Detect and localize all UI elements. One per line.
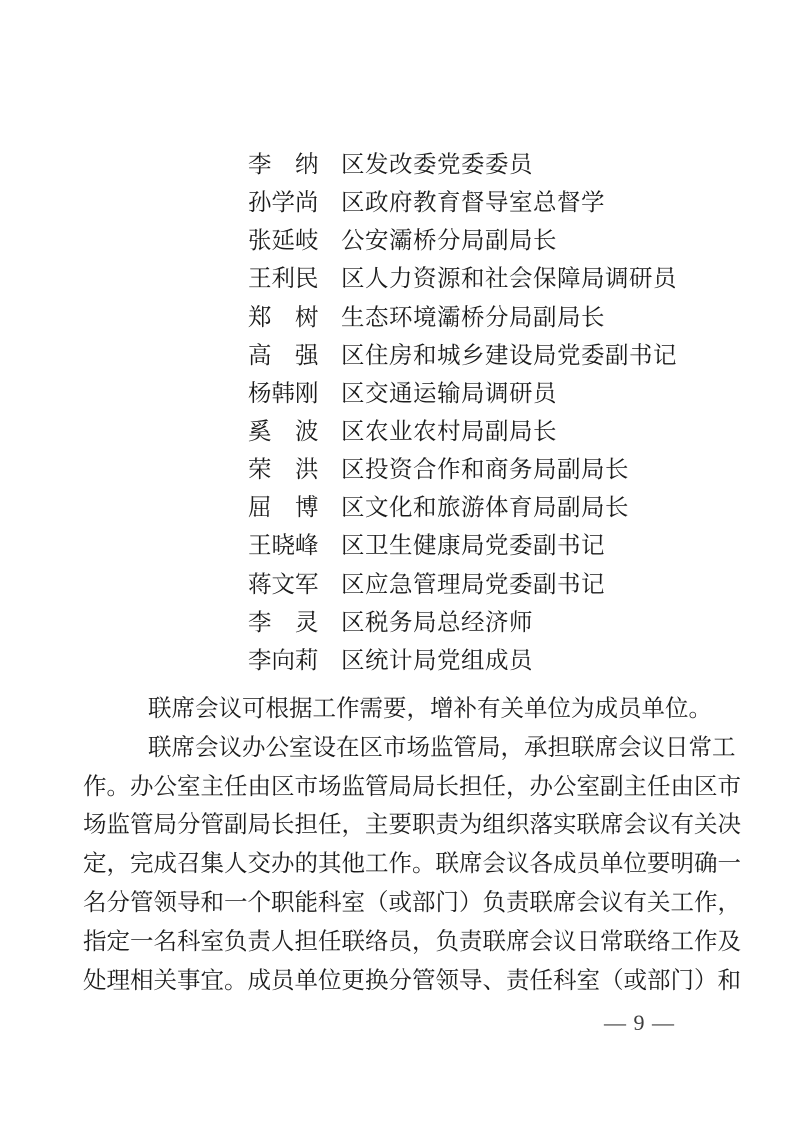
paragraph-2-line: 作。办公室主任由区市场监管局局长担任，办公室副主任由区市 [83,768,741,807]
member-list-row: 孙学尚区政府教育督导室总督学 [248,184,677,222]
member-name: 蒋文军 [248,566,319,604]
member-list: 李 纳区发改委党委委员 孙学尚区政府教育督导室总督学 张延岐公安灞桥分局副局长 … [248,146,677,680]
paragraph-2-line: 指定一名科室负责人担任联络员，负责联席会议日常联络工作及 [83,923,741,962]
member-list-row: 屈 博区文化和旅游体育局副局长 [248,489,677,527]
member-list-row: 王利民区人力资源和社会保障局调研员 [248,260,677,298]
member-title: 区税务局总经济师 [341,610,533,636]
member-list-row: 高 强区住房和城乡建设局党委副书记 [248,337,677,375]
member-list-row: 李向莉区统计局党组成员 [248,642,677,680]
member-list-row: 张延岐公安灞桥分局副局长 [248,222,677,260]
paragraph-2-line: 联席会议办公室设在区市场监管局，承担联席会议日常工 [83,729,741,768]
member-name: 屈 博 [248,489,319,527]
member-name: 郑 树 [248,299,319,337]
member-title: 区发改委党委委员 [341,152,533,178]
member-list-row: 杨韩刚区交通运输局调研员 [248,375,677,413]
member-list-row: 奚 波区农业农村局副局长 [248,413,677,451]
member-list-row: 蒋文军区应急管理局党委副书记 [248,566,677,604]
member-name: 李 纳 [248,146,319,184]
member-title: 区住房和城乡建设局党委副书记 [341,343,677,369]
member-list-row: 荣 洪区投资合作和商务局副局长 [248,451,677,489]
paragraph-2-line: 名分管领导和一个职能科室（或部门）负责联席会议有关工作， [83,884,741,923]
member-name: 李向莉 [248,642,319,680]
body-paragraphs: 联席会议可根据工作需要，增补有关单位为成员单位。 联席会议办公室设在区市场监管局… [83,690,741,1000]
member-title: 区应急管理局党委副书记 [341,572,605,598]
paragraph-2-line: 处理相关事宜。成员单位更换分管领导、责任科室（或部门）和 [83,962,741,1001]
member-title: 区人力资源和社会保障局调研员 [341,266,677,292]
member-title: 区交通运输局调研员 [341,381,557,407]
member-list-row: 李 灵区税务局总经济师 [248,604,677,642]
member-name: 王利民 [248,260,319,298]
member-name: 荣 洪 [248,451,319,489]
member-name: 杨韩刚 [248,375,319,413]
member-name: 奚 波 [248,413,319,451]
member-list-row: 王晓峰区卫生健康局党委副书记 [248,527,677,565]
paragraph-2-line: 场监管局分管副局长担任，主要职责为组织落实联席会议有关决 [83,806,741,845]
member-title: 区农业农村局副局长 [341,419,557,445]
member-name: 孙学尚 [248,184,319,222]
member-name: 张延岐 [248,222,319,260]
member-title: 区卫生健康局党委副书记 [341,533,605,559]
paragraph-2-line: 定，完成召集人交办的其他工作。联席会议各成员单位要明确一 [83,845,741,884]
member-name: 王晓峰 [248,527,319,565]
member-title: 区文化和旅游体育局副局长 [341,495,629,521]
member-title: 区政府教育督导室总督学 [341,190,605,216]
member-title: 区统计局党组成员 [341,648,533,674]
member-list-row: 李 纳区发改委党委委员 [248,146,677,184]
member-title: 生态环境灞桥分局副局长 [341,305,605,331]
member-name: 李 灵 [248,604,319,642]
member-title: 区投资合作和商务局副局长 [341,457,629,483]
paragraph-1-line: 联席会议可根据工作需要，增补有关单位为成员单位。 [83,690,741,729]
member-title: 公安灞桥分局副局长 [341,228,557,254]
member-name: 高 强 [248,337,319,375]
page-number: — 9 — [604,1008,675,1038]
member-list-row: 郑 树生态环境灞桥分局副局长 [248,299,677,337]
document-page: 李 纳区发改委党委委员 孙学尚区政府教育督导室总督学 张延岐公安灞桥分局副局长 … [0,0,793,1122]
